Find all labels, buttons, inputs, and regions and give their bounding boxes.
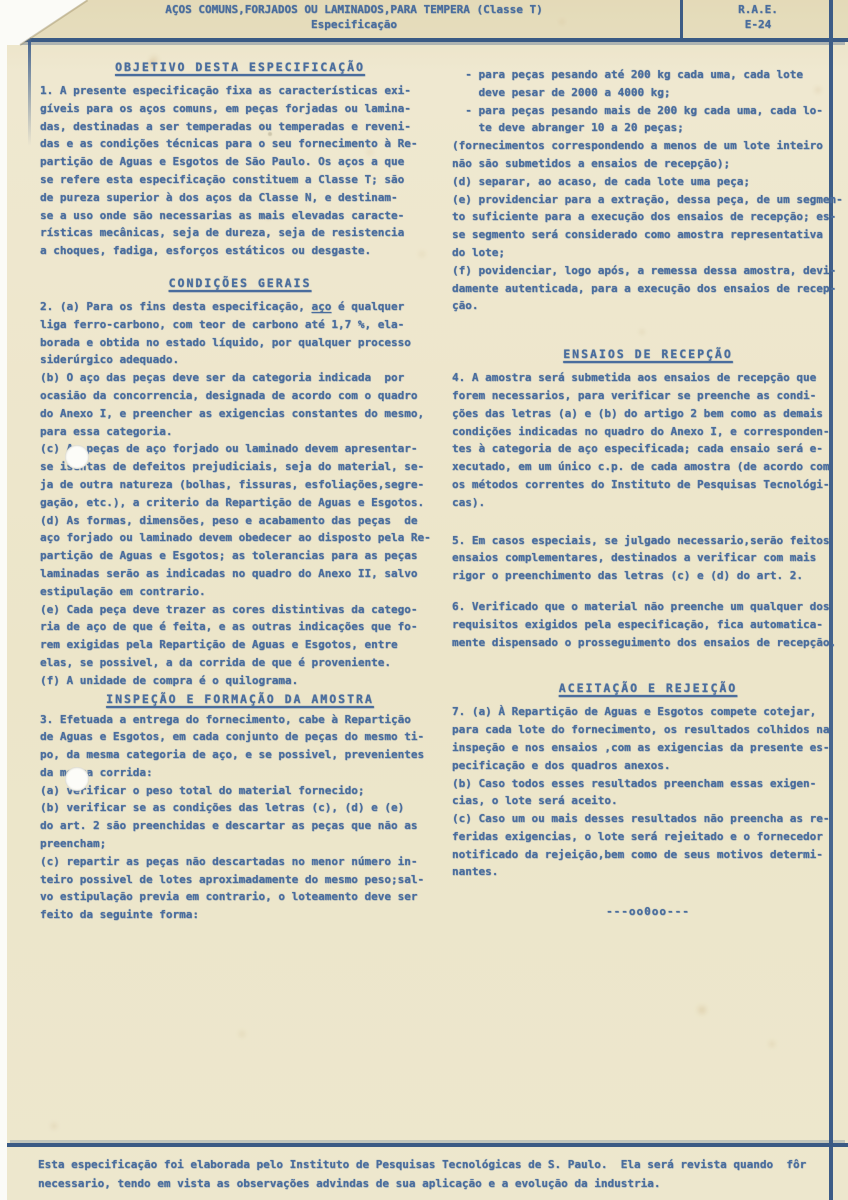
paragraph-2-post: é qualquer liga ferro-carbono, com teor … (40, 300, 431, 687)
page-title-line1: AÇOS COMUNS,FORJADOS OU LAMINADOS,PARA T… (28, 2, 680, 17)
punch-hole-bottom (65, 767, 89, 791)
section-heading-objetivo: OBJETIVO DESTA ESPECIFICAÇÃO (40, 60, 440, 74)
spec-reference: R.A.E. E-24 (683, 2, 833, 32)
page-border-left (28, 36, 31, 146)
section-heading-condicoes-gerais: CONDIÇÕES GERAIS (40, 276, 440, 290)
paper-stains (0, 0, 4, 4)
spec-reference-org: R.A.E. (683, 2, 833, 17)
paragraph-1: 1. A presente especificação fixa as cara… (40, 82, 440, 260)
footer-text: Esta especificação foi elaborada pelo In… (38, 1155, 848, 1193)
paragraph-2-pre: 2. (a) Para os fins desta especificação, (40, 300, 312, 313)
spec-reference-code: E-24 (683, 17, 833, 32)
page-title: AÇOS COMUNS,FORJADOS OU LAMINADOS,PARA T… (28, 2, 680, 32)
left-column: OBJETIVO DESTA ESPECIFICAÇÃO 1. A presen… (40, 60, 440, 924)
scanned-document-page: AÇOS COMUNS,FORJADOS OU LAMINADOS,PARA T… (0, 0, 848, 1200)
document-header: AÇOS COMUNS,FORJADOS OU LAMINADOS,PARA T… (7, 0, 848, 42)
paragraph-2-underlined-word: aço (312, 300, 332, 313)
right-column: - para peças pesando até 200 kg cada uma… (452, 66, 844, 918)
footer-note: Esta especificação foi elaborada pelo In… (7, 1143, 848, 1193)
page-title-line2: Especificação (28, 17, 680, 32)
punch-hole-top (65, 445, 89, 469)
paragraph-6: 6. Verificado que o material não preench… (452, 598, 844, 651)
paragraph-7: 7. (a) À Repartição de Aguas e Esgotos c… (452, 703, 844, 881)
paragraph-5: 5. Em casos especiais, se julgado necess… (452, 532, 844, 585)
section-heading-ensaios: ENSAIOS DE RECEPÇÃO (452, 347, 844, 361)
section-heading-inspecao: INSPEÇÃO E FORMAÇÃO DA AMOSTRA (40, 692, 440, 706)
paragraph-4: 4. A amostra será submetida aos ensaios … (452, 369, 844, 511)
paragraph-2: 2. (a) Para os fins desta especificação,… (40, 298, 440, 690)
paragraph-3: 3. Efetuada a entrega do fornecimento, c… (40, 711, 440, 925)
section-heading-aceitacao: ACEITAÇÃO E REJEIÇÃO (452, 681, 844, 695)
end-separator: ---oo0oo--- (452, 905, 844, 918)
lot-rules-list: - para peças pesando até 200 kg cada uma… (452, 66, 844, 315)
